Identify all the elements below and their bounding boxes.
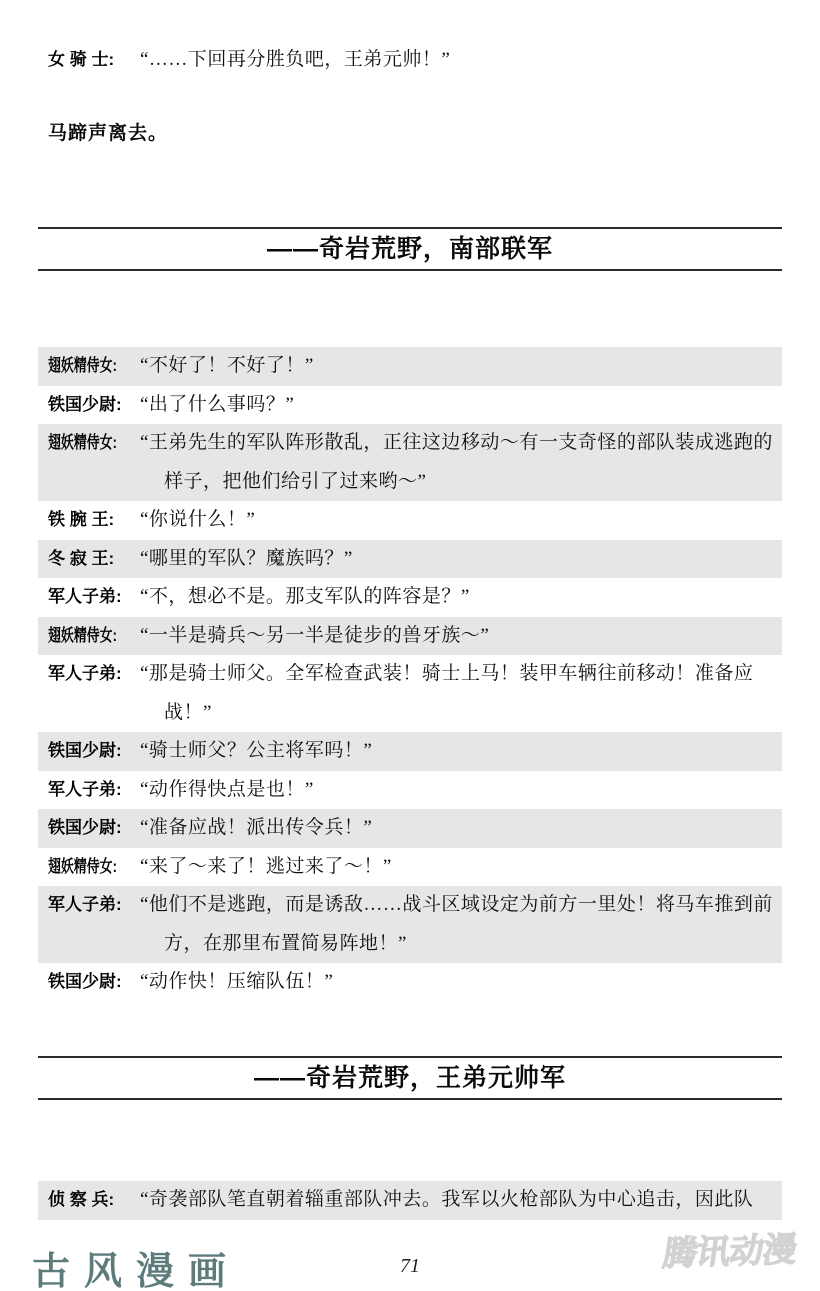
dialogue-text: “奇袭部队笔直朝着辎重部队冲去。我军以火枪部队为中心追击，因此队 <box>140 1181 782 1220</box>
dialogue-row: 翅妖精侍女: “一半是骑兵～另一半是徒步的兽牙族～” <box>38 617 782 656</box>
dialogue-row: 冬 寂 王: “哪里的军队？魔族吗？” <box>38 540 782 579</box>
dialogue-row: 军人子弟: “动作得快点是也！” <box>38 771 782 810</box>
speaker-label: 军人子弟: <box>38 655 140 732</box>
dialogue-row: 女 骑 士: “……下回再分胜负吧，王弟元帅！” <box>38 44 782 76</box>
dialogue-row: 翅妖精侍女: “不好了！不好了！” <box>38 347 782 386</box>
dialogue-text: “王弟先生的军队阵形散乱，正往这边移动～有一支奇怪的部队装成逃跑的样子，把他们给… <box>140 424 782 501</box>
speaker-label: 铁国少尉: <box>38 732 140 771</box>
dialogue-text: “一半是骑兵～另一半是徒步的兽牙族～” <box>140 617 782 656</box>
section-header: ——奇岩荒野，王弟元帅军 <box>38 1056 782 1100</box>
speaker-label: 翅妖精侍女: <box>38 617 140 656</box>
dialogue-text: “动作快！压缩队伍！” <box>140 963 782 1002</box>
speaker-label: 冬 寂 王: <box>38 540 140 579</box>
dialogue-text: “不，想必不是。那支军队的阵容是？” <box>140 578 782 617</box>
site-watermark: 腾讯动漫 <box>660 1222 800 1276</box>
speaker-label: 铁国少尉: <box>38 386 140 425</box>
section-header: ——奇岩荒野，南部联军 <box>38 227 782 271</box>
dialogue-row: 铁国少尉: “动作快！压缩队伍！” <box>38 963 782 1002</box>
dialogue-row: 军人子弟: “那是骑士师父。全军检查武装！骑士上马！装甲车辆往前移动！准备应战！… <box>38 655 782 732</box>
dialogue-row: 军人子弟: “不，想必不是。那支军队的阵容是？” <box>38 578 782 617</box>
speaker-label: 女 骑 士: <box>38 44 140 76</box>
speaker-label: 铁国少尉: <box>38 963 140 1002</box>
dialogue-text: “你说什么！” <box>140 501 782 540</box>
dialogue-row: 铁国少尉: “出了什么事吗？” <box>38 386 782 425</box>
dialogue-text: “准备应战！派出传令兵！” <box>140 809 782 848</box>
dialogue-text: “出了什么事吗？” <box>140 386 782 425</box>
dialogue-row: 铁 腕 王: “你说什么！” <box>38 501 782 540</box>
dialogue-list: 侦 察 兵: “奇袭部队笔直朝着辎重部队冲去。我军以火枪部队为中心追击，因此队 <box>38 1181 782 1220</box>
dialogue-text: “哪里的军队？魔族吗？” <box>140 540 782 579</box>
speaker-label: 军人子弟: <box>38 771 140 810</box>
dialogue-text: “骑士师父？公主将军吗！” <box>140 732 782 771</box>
speaker-label: 铁 腕 王: <box>38 501 140 540</box>
speaker-label: 军人子弟: <box>38 886 140 963</box>
dialogue-text: “他们不是逃跑，而是诱敌……战斗区域设定为前方一里处！将马车推到前方，在那里布置… <box>140 886 782 963</box>
dialogue-row: 军人子弟: “他们不是逃跑，而是诱敌……战斗区域设定为前方一里处！将马车推到前方… <box>38 886 782 963</box>
dialogue-text: “来了～来了！逃过来了～！” <box>140 848 782 887</box>
speaker-label: 铁国少尉: <box>38 809 140 848</box>
dialogue-list: 翅妖精侍女: “不好了！不好了！” 铁国少尉: “出了什么事吗？” 翅妖精侍女:… <box>38 347 782 1002</box>
speaker-label: 翅妖精侍女: <box>38 424 140 501</box>
script-page: 女 骑 士: “……下回再分胜负吧，王弟元帅！” 马蹄声离去。 ——奇岩荒野，南… <box>0 0 820 1291</box>
speaker-label: 翅妖精侍女: <box>38 347 140 386</box>
dialogue-text: “……下回再分胜负吧，王弟元帅！” <box>140 44 782 76</box>
dialogue-text: “动作得快点是也！” <box>140 771 782 810</box>
dialogue-row: 翅妖精侍女: “王弟先生的军队阵形散乱，正往这边移动～有一支奇怪的部队装成逃跑的… <box>38 424 782 501</box>
dialogue-row: 铁国少尉: “骑士师父？公主将军吗！” <box>38 732 782 771</box>
dialogue-row: 侦 察 兵: “奇袭部队笔直朝着辎重部队冲去。我军以火枪部队为中心追击，因此队 <box>38 1181 782 1220</box>
speaker-label: 翅妖精侍女: <box>38 848 140 887</box>
speaker-label: 军人子弟: <box>38 578 140 617</box>
dialogue-text: “不好了！不好了！” <box>140 347 782 386</box>
dialogue-row: 铁国少尉: “准备应战！派出传令兵！” <box>38 809 782 848</box>
narration-text: 马蹄声离去。 <box>48 118 168 145</box>
speaker-label: 侦 察 兵: <box>38 1181 140 1220</box>
dialogue-text: “那是骑士师父。全军检查武装！骑士上马！装甲车辆往前移动！准备应战！” <box>140 655 782 732</box>
dialogue-row: 翅妖精侍女: “来了～来了！逃过来了～！” <box>38 848 782 887</box>
